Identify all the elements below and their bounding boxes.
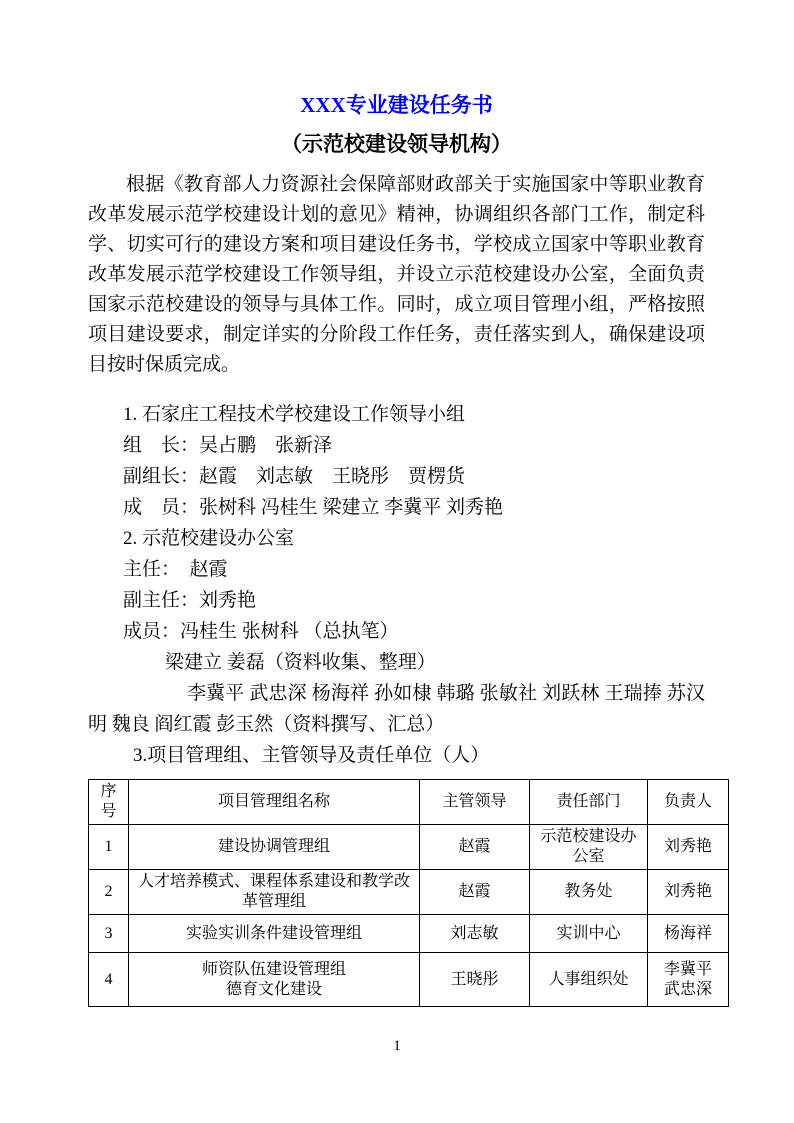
section-2-heading: 2. 示范校建设办公室 — [88, 523, 705, 554]
cell-person: 刘秀艳 — [648, 870, 729, 915]
cell-index: 2 — [89, 870, 129, 915]
section-2-director-line: 主任： 赵霞 — [88, 554, 705, 585]
header-cell-department: 责任部门 — [530, 780, 648, 825]
document-content: XXX专业建设任务书 （示范校建设领导机构） 根据《教育部人力资源社会保障部财政… — [88, 0, 705, 1007]
section-2-deputy-director-line: 副主任：刘秀艳 — [88, 585, 705, 616]
section-1-members-line: 成 员：张树科 冯桂生 梁建立 李冀平 刘秀艳 — [88, 492, 705, 523]
cell-index: 1 — [89, 825, 129, 870]
header-cell-index: 序号 — [89, 780, 129, 825]
header-cell-person: 负责人 — [648, 780, 729, 825]
section-2-members-line-1: 成员：冯桂生 张树科 （总执笔） — [88, 616, 705, 647]
page-subtitle: （示范校建设领导机构） — [88, 128, 705, 160]
cell-supervisor: 王晓彤 — [420, 953, 530, 1007]
cell-person: 李冀平 武忠深 — [648, 953, 729, 1007]
table-row: 2 人才培养模式、课程体系建设和教学改革管理组 赵霞 教务处 刘秀艳 — [89, 870, 729, 915]
cell-group-name: 建设协调管理组 — [129, 825, 420, 870]
header-cell-supervisor: 主管领导 — [420, 780, 530, 825]
section-1-leader-line: 组 长：吴占鹏 张新泽 — [88, 430, 705, 461]
cell-group-name: 师资队伍建设管理组 德育文化建设 — [129, 953, 420, 1007]
cell-department: 示范校建设办公室 — [530, 825, 648, 870]
cell-group-name: 人才培养模式、课程体系建设和教学改革管理组 — [129, 870, 420, 915]
table-header-row: 序号 项目管理组名称 主管领导 责任部门 负责人 — [89, 780, 729, 825]
section-3-heading: 3.项目管理组、主管领导及责任单位（人） — [88, 740, 705, 771]
table-row: 4 师资队伍建设管理组 德育文化建设 王晓彤 人事组织处 李冀平 武忠深 — [89, 953, 729, 1007]
section-2-members-line-3: 李冀平 武忠深 杨海祥 孙如棣 韩璐 张敏社 刘跃林 王瑞捧 苏汉明 魏良 阎红… — [88, 678, 705, 740]
section-2-members-line-2: 梁建立 姜磊（资料收集、整理） — [88, 647, 705, 678]
project-groups-table: 序号 项目管理组名称 主管领导 责任部门 负责人 1 建设协调管理组 赵霞 示范… — [88, 779, 729, 1007]
cell-person: 杨海祥 — [648, 915, 729, 953]
cell-supervisor: 刘志敏 — [420, 915, 530, 953]
cell-index: 4 — [89, 953, 129, 1007]
intro-paragraph: 根据《教育部人力资源社会保障部财政部关于实施国家中等职业教育改革发展示范学校建设… — [88, 170, 705, 380]
section-1-heading: 1. 石家庄工程技术学校建设工作领导小组 — [88, 399, 705, 430]
cell-group-name: 实验实训条件建设管理组 — [129, 915, 420, 953]
cell-person: 刘秀艳 — [648, 825, 729, 870]
header-cell-group-name: 项目管理组名称 — [129, 780, 420, 825]
cell-department: 人事组织处 — [530, 953, 648, 1007]
cell-supervisor: 赵霞 — [420, 825, 530, 870]
page-title: XXX专业建设任务书 — [88, 90, 705, 120]
cell-index: 3 — [89, 915, 129, 953]
table-row: 1 建设协调管理组 赵霞 示范校建设办公室 刘秀艳 — [89, 825, 729, 870]
page-number: 1 — [0, 1036, 794, 1056]
document-page: XXX专业建设任务书 （示范校建设领导机构） 根据《教育部人力资源社会保障部财政… — [0, 0, 794, 1123]
section-1-deputy-line: 副组长：赵霞 刘志敏 王晓彤 贾楞货 — [88, 461, 705, 492]
sections-block: 1. 石家庄工程技术学校建设工作领导小组 组 长：吴占鹏 张新泽 副组长：赵霞 … — [88, 399, 705, 771]
cell-department: 教务处 — [530, 870, 648, 915]
cell-supervisor: 赵霞 — [420, 870, 530, 915]
cell-department: 实训中心 — [530, 915, 648, 953]
table-row: 3 实验实训条件建设管理组 刘志敏 实训中心 杨海祥 — [89, 915, 729, 953]
